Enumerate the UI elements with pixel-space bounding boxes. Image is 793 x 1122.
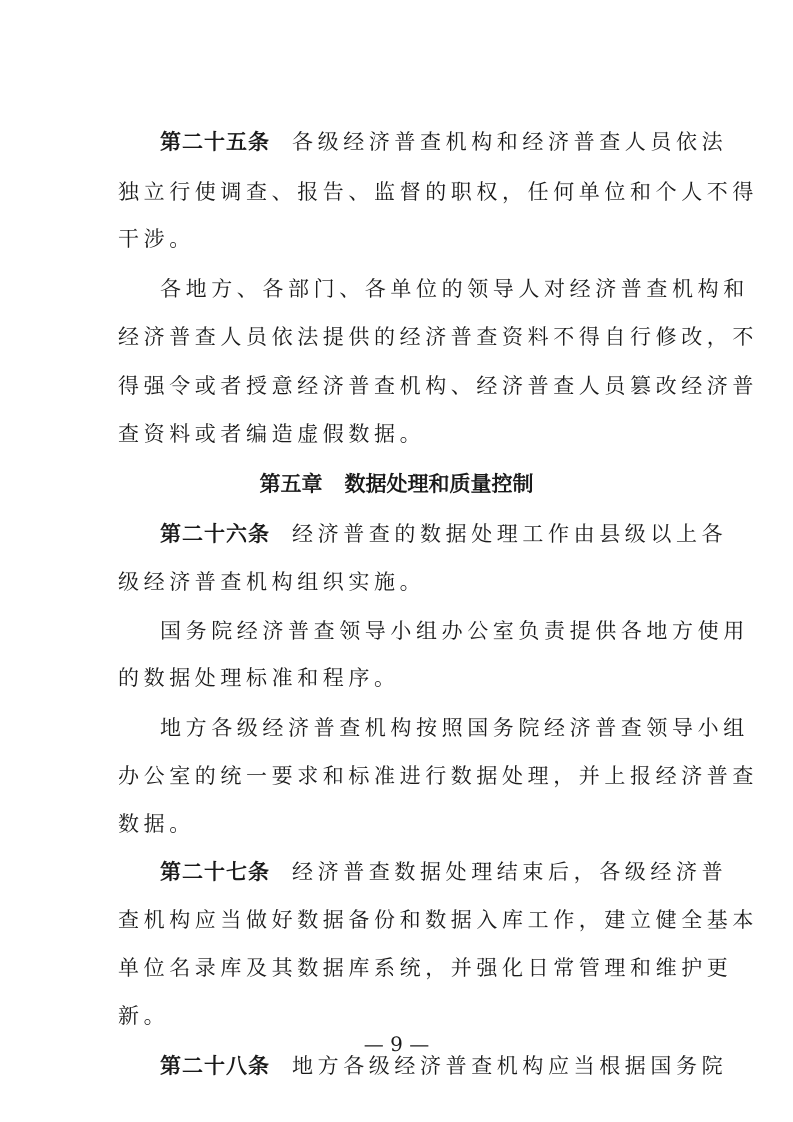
paragraph-line: 办公室的统一要求和标准进行数据处理，并上报经济普查 [118,762,678,790]
article-label: 第二十六条 [160,522,270,546]
paragraph-line: 查资料或者编造虚假数据。 [118,420,678,448]
article-25-line-2: 独立行使调查、报告、监督的职权，任何单位和个人不得 [118,178,678,206]
article-26-line-1: 第二十六条经济普查的数据处理工作由县级以上各 [160,520,678,548]
paragraph-line: 数据。 [118,810,678,838]
paragraph-line: 经济普查人员依法提供的经济普查资料不得自行修改，不 [118,323,678,351]
paragraph-line: 各地方、各部门、各单位的领导人对经济普查机构和 [160,275,678,303]
paragraph-line: 新。 [118,1002,678,1030]
article-label: 第二十五条 [160,130,270,154]
paragraph-line: 得强令或者授意经济普查机构、经济普查人员篡改经济普 [118,372,678,400]
paragraph-line: 的数据处理标准和程序。 [118,664,678,692]
article-27-line-1: 第二十七条经济普查数据处理结束后，各级经济普 [160,858,678,886]
paragraph-line: 级经济普查机构组织实施。 [118,568,678,596]
document-page: 第二十五条各级经济普查机构和经济普查人员依法 独立行使调查、报告、监督的职权，任… [0,0,793,1122]
article-25-line-3: 干涉。 [118,225,678,253]
page-number: — 9 — [0,1030,793,1058]
chapter-title: 数据处理和质量控制 [345,472,534,496]
article-25-line-1: 第二十五条各级经济普查机构和经济普查人员依法 [160,128,678,156]
paragraph-line: 查机构应当做好数据备份和数据入库工作，建立健全基本 [118,906,678,934]
chapter-number: 第五章 [260,472,323,496]
chapter-heading: 第五章数据处理和质量控制 [0,470,793,498]
paragraph-line: 地方各级经济普查机构按照国务院经济普查领导小组 [160,714,678,742]
article-label: 第二十七条 [160,860,270,884]
paragraph-line: 国务院经济普查领导小组办公室负责提供各地方使用 [160,617,678,645]
paragraph-line: 单位名录库及其数据库系统，并强化日常管理和维护更 [118,954,678,982]
